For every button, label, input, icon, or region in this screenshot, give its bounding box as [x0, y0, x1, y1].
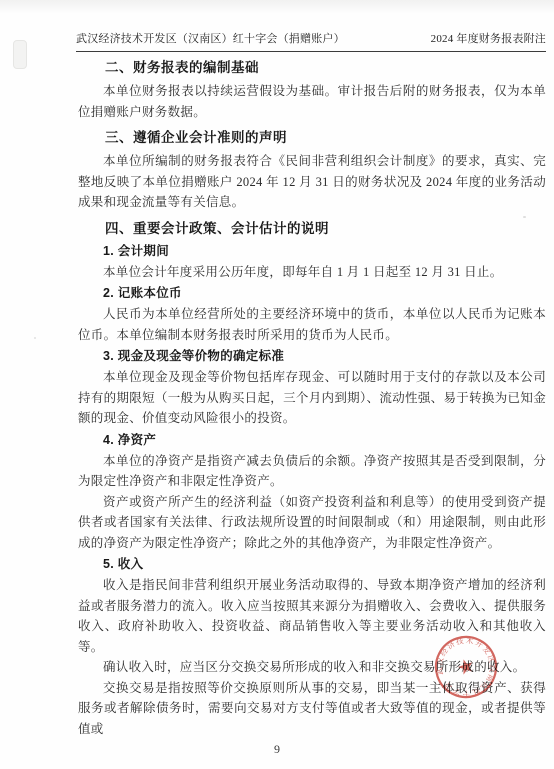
- section: 四、重要会计政策、会计估计的说明1. 会计期间本单位会计年度采用公历年度，即每年…: [78, 219, 546, 740]
- scan-punch-hole-artifact: [13, 40, 27, 69]
- section-heading: 二、财务报表的编制基础: [78, 58, 546, 77]
- subsection-label: 5. 收入: [78, 555, 546, 574]
- paragraph: 本单位会计年度采用公历年度，即每年自 1 月 1 日起至 12 月 31 日止。: [78, 262, 546, 283]
- scan-speck-artifact: [523, 216, 526, 218]
- paragraph: 人民币为本单位经营所处的主要经济环境中的货币，本单位以人民币为记账本位币。本单位…: [78, 304, 546, 345]
- header-doc-title: 2024 年度财务报表附注: [431, 30, 546, 46]
- paragraph: 资产或资产所产生的经济利益（如资产投资利益和利息等）的使用受到资产提供者或者国家…: [78, 492, 546, 554]
- paragraph: 本单位现金及现金等价物包括库存现金、可以随时用于支付的存款以及本公司持有的期限短…: [78, 367, 546, 429]
- paragraph: 收入是指民间非营利组织开展业务活动取得的、导致本期净资产增加的经济利益或者服务潜…: [78, 575, 546, 657]
- paragraph: 本单位财务报表以持续运营假设为基础。审计报告后附的财务报表，仅为本单位捐赠账户财…: [78, 81, 546, 122]
- document-page: 武汉经济技术开发区（汉南区）红十字会（捐赠账户） 2024 年度财务报表附注 二…: [0, 0, 554, 769]
- section-heading: 三、遵循企业会计准则的声明: [78, 128, 546, 147]
- page-number: 9: [274, 742, 280, 756]
- header-org-title: 武汉经济技术开发区（汉南区）红十字会（捐赠账户）: [76, 30, 345, 46]
- section-heading: 四、重要会计政策、会计估计的说明: [78, 219, 546, 238]
- section: 三、遵循企业会计准则的声明本单位所编制的财务报表符合《民间非营利组织会计制度》的…: [78, 128, 546, 213]
- paragraph: 交换交易是指按照等价交换原则所从事的交易，即当某一主体取得资产、获得服务或者解除…: [78, 678, 546, 740]
- subsection-label: 1. 会计期间: [78, 242, 546, 261]
- paragraph: 本单位所编制的财务报表符合《民间非营利组织会计制度》的要求，真实、完整地反映了本…: [78, 151, 546, 213]
- subsection-label: 3. 现金及现金等价物的确定标准: [78, 347, 546, 366]
- subsection-label: 4. 净资产: [78, 431, 546, 450]
- section: 二、财务报表的编制基础本单位财务报表以持续运营假设为基础。审计报告后附的财务报表…: [78, 58, 546, 122]
- page-header: 武汉经济技术开发区（汉南区）红十字会（捐赠账户） 2024 年度财务报表附注: [76, 30, 546, 52]
- subsection-label: 2. 记账本位币: [78, 284, 546, 303]
- paragraph: 确认收入时，应当区分交换交易所形成的收入和非交换交易所形成的收入。: [78, 657, 546, 678]
- document-body: 二、财务报表的编制基础本单位财务报表以持续运营假设为基础。审计报告后附的财务报表…: [78, 58, 546, 739]
- page-footer: 9: [0, 742, 554, 757]
- scan-speck-artifact: [34, 337, 36, 339]
- paragraph: 本单位的净资产是指资产减去负债后的余额。净资产按照其是否受到限制，分为限定性净资…: [78, 451, 546, 492]
